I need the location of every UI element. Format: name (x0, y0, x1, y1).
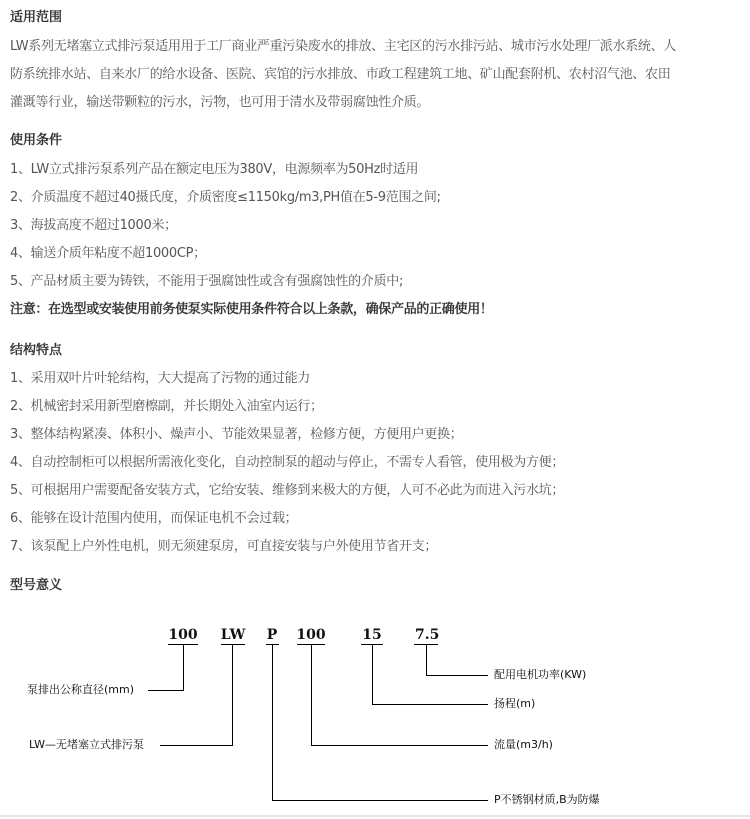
condition-item-5: 5、产品材质主要为铸铁，不能用于强腐蚀性或含有强腐蚀性的介质中; (10, 274, 403, 290)
feature-item-5: 5、可根据用户需要配备安装方式，它给安装、维修到来极大的方便，人可不必此为而进入… (10, 483, 564, 499)
scope-line-3: 灌溉等行业，输送带颗粒的污水，污物，也可用于清水及带弱腐蚀性介质。 (10, 95, 429, 111)
label-head: 扬程(m) (494, 697, 535, 711)
code-head: 15 (361, 627, 383, 643)
section-title-scope: 适用范围 (10, 10, 62, 26)
feature-item-1: 1、采用双叶片叶轮结构，大大提高了污物的通过能力 (10, 371, 310, 387)
connector-diameter-v (183, 644, 184, 690)
underline-type (221, 644, 245, 645)
code-type: LW (220, 627, 246, 643)
label-type: LW—无堵塞立式排污泵 (29, 738, 144, 752)
section-title-features: 结构特点 (10, 343, 62, 359)
code-diameter: 100 (168, 627, 198, 643)
label-material: P不锈钢材质,B为防爆 (494, 793, 600, 807)
scope-line-2: 防系统排水站、自来水厂的给水设备、医院、宾馆的污水排放、市政工程建筑工地、矿山配… (10, 67, 670, 83)
connector-flow-v (311, 644, 312, 745)
connector-flow-h (311, 745, 488, 746)
connector-type-h (160, 745, 233, 746)
condition-item-2: 2、介质温度不超过40摄氏度，介质密度≤1150kg/m3,PH值在5-9范围之… (10, 190, 441, 206)
connector-head-v (372, 644, 373, 704)
connector-material-h (272, 800, 488, 801)
label-flow: 流量(m3/h) (494, 738, 553, 752)
connector-power-h (426, 675, 488, 676)
feature-item-2: 2、机械密封采用新型磨檫副，并长期处入油室内运行； (10, 399, 323, 415)
feature-item-7: 7、该泵配上户外性电机，则无须建泵房，可直接安装与户外使用节省开支； (10, 539, 437, 555)
section-title-conditions: 使用条件 (10, 133, 62, 149)
label-diameter: 泵排出公称直径(mm) (27, 683, 134, 697)
connector-material-v (272, 644, 273, 800)
bottom-divider (0, 815, 750, 817)
scope-line-1: LW系列无堵塞立式排污泵适用用于工厂商业严重污染废水的排放、主宅区的污水排污站、… (10, 39, 676, 55)
connector-head-h (372, 704, 488, 705)
label-power: 配用电机功率(KW) (494, 668, 586, 682)
connector-diameter-h (148, 690, 184, 691)
connector-type-v (232, 644, 233, 745)
connector-power-v (426, 644, 427, 675)
condition-item-3: 3、海拔高度不超过1000米； (10, 218, 177, 234)
condition-item-4: 4、输送介质年粘度不超1000CP； (10, 246, 206, 262)
feature-item-6: 6、能够在设计范围内使用，而保证电机不会过载； (10, 511, 297, 527)
code-flow: 100 (296, 627, 326, 643)
feature-item-3: 3、整体结构紧凑、体积小、燥声小、节能效果显著，检修方便，方便用户更换； (10, 427, 462, 443)
section-title-model: 型号意义 (10, 578, 62, 594)
usage-notice: 注意：在选型或安装使用前务使泵实际使用条件符合以上条款，确保产品的正确使用！ (10, 302, 493, 318)
condition-item-1: 1、LW立式排污泵系列产品在额定电压为380V，电源频率为50Hz时适用 (10, 162, 418, 178)
code-power: 7.5 (415, 627, 439, 643)
feature-item-4: 4、自动控制柜可以根据所需液化变化，自动控制泵的超动与停止，不需专人看管，使用极… (10, 455, 564, 471)
code-material: P (265, 627, 279, 643)
